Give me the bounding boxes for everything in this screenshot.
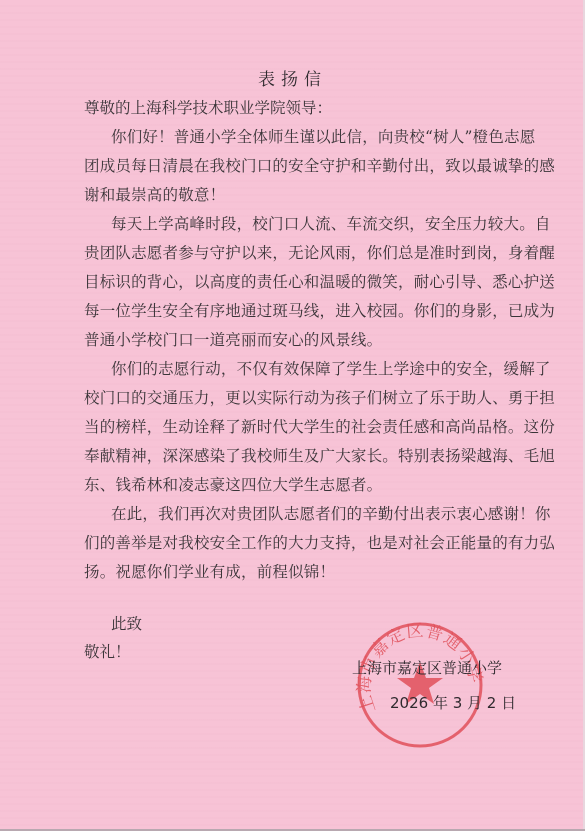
body-line: 目标识的背心，以高度的责任心和温暖的微笑，耐心引导、悉心护送	[84, 271, 504, 300]
letter-page: 表扬信 尊敬的上海科学技术职业学院领导： 你们好！普通小学全体师生谨以此信，向贵…	[0, 0, 585, 831]
letter-body: 你们好！普通小学全体师生谨以此信，向贵校“树人”橙色志愿 团成员每日清晨在我校门…	[84, 126, 504, 590]
body-line: 奉献精神，深深感染了我校师生及广大家长。特别表扬梁越海、毛旭	[84, 445, 504, 474]
letter-date: 2026 年 3 月 2 日	[390, 692, 516, 713]
sender-signature: 上海市嘉定区普通小学	[352, 657, 502, 678]
body-line: 在此，我们再次对贵团队志愿者们的辛勤付出表示衷心感谢！你	[84, 503, 504, 532]
closing-phrase: 此致	[111, 612, 142, 634]
body-line: 团成员每日清晨在我校门口的安全守护和辛勤付出，致以最诚挚的感	[84, 155, 504, 184]
body-line: 扬。祝愿你们学业有成，前程似锦！	[84, 561, 504, 590]
official-seal-icon: 上海市嘉定区普通小学	[355, 620, 485, 750]
body-line: 谢和最崇高的敬意！	[84, 184, 504, 213]
body-line: 你们好！普通小学全体师生谨以此信，向贵校“树人”橙色志愿	[84, 126, 504, 155]
closing-salute: 敬礼！	[84, 640, 131, 662]
body-line: 每天上学高峰时段，校门口人流、车流交织，安全压力较大。自	[84, 213, 504, 242]
body-line: 东、钱希林和凌志豪这四位大学生志愿者。	[84, 474, 504, 503]
body-line: 校门口的交通压力，更以实际行动为孩子们树立了乐于助人、勇于担	[84, 387, 504, 416]
body-line: 普通小学校门口一道亮丽而安心的风景线。	[84, 329, 504, 358]
letter-title: 表扬信	[0, 65, 585, 90]
body-line: 当的榜样，生动诠释了新时代大学生的社会责任感和高尚品格。这份	[84, 416, 504, 445]
body-line: 你们的志愿行动，不仅有效保障了学生上学途中的安全，缓解了	[84, 358, 504, 387]
body-line: 每一位学生安全有序地通过斑马线，进入校园。你们的身影，已成为	[84, 300, 504, 329]
salutation: 尊敬的上海科学技术职业学院领导：	[84, 96, 332, 118]
body-line: 们的善举是对我校安全工作的大力支持，也是对社会正能量的有力弘	[84, 532, 504, 561]
body-line: 贵团队志愿者参与守护以来，无论风雨，你们总是准时到岗，身着醒	[84, 242, 504, 271]
